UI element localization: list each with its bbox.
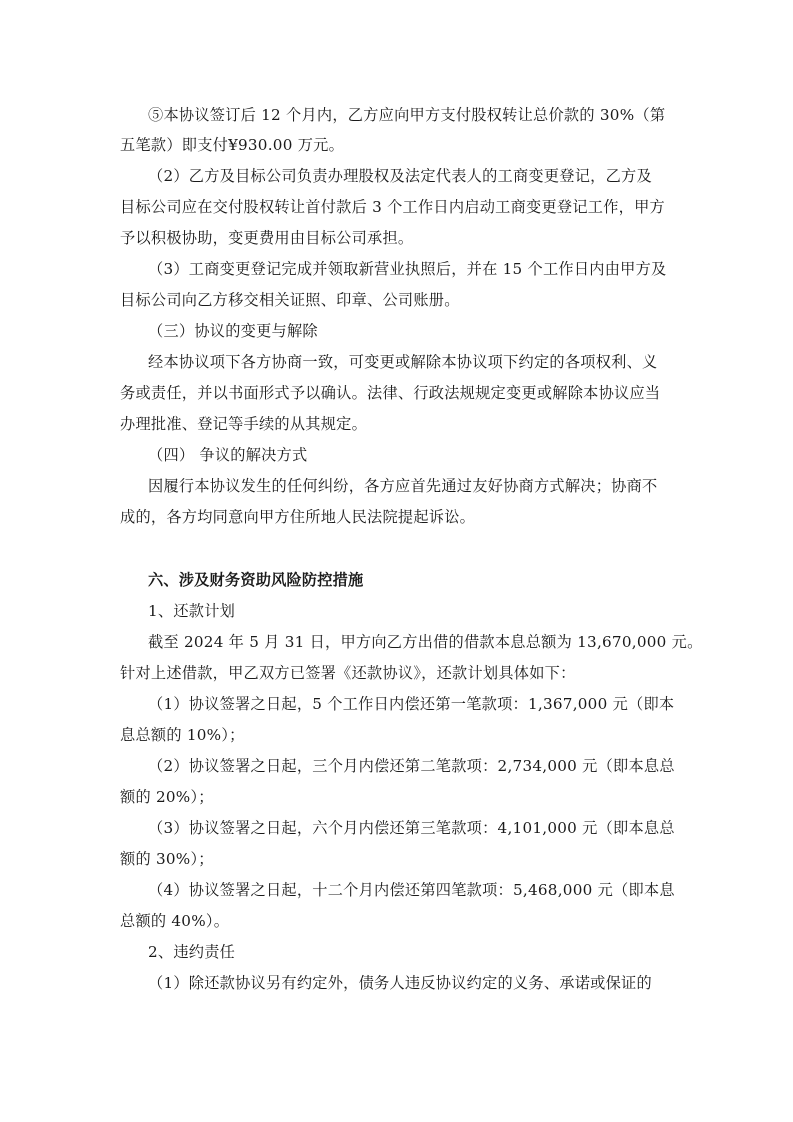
paragraph-clause-2-cont-2: 予以积极协助，变更费用由目标公司承担。 — [120, 228, 413, 248]
paragraph-clause-2-cont-1: 目标公司应在交付股权转让首付款后 3 个工作日内启动工商变更登记工作，甲方 — [120, 197, 665, 217]
section-heading-risk-control: 六、涉及财务资助风险防控措施 — [148, 570, 363, 590]
paragraph-clause-3-cont: 目标公司向乙方移交相关证照、印章、公司账册。 — [120, 290, 460, 310]
paragraph-item5-payment: ⑤本协议签订后 12 个月内，乙方应向甲方支付股权转让总价款的 30%（第 — [148, 105, 665, 125]
repayment-item-2: （2）协议签署之日起，三个月内偿还第二笔款项：2,734,000 元（即本息总 — [148, 756, 675, 776]
subheading-amendment-termination: （三）协议的变更与解除 — [148, 321, 318, 341]
document-page: ⑤本协议签订后 12 个月内，乙方应向甲方支付股权转让总价款的 30%（第 五笔… — [0, 0, 793, 1122]
paragraph-default-clause-1: （1）除还款协议另有约定外，债务人违反协议约定的义务、承诺或保证的 — [148, 973, 652, 993]
paragraph-amendment-cont-1: 务或责任，并以书面形式予以确认。法律、行政法规规定变更或解除本协议应当 — [120, 383, 660, 403]
repayment-item-1: （1）协议签署之日起，5 个工作日内偿还第一笔款项：1,367,000 元（即本 — [148, 694, 674, 714]
paragraph-clause-2: （2）乙方及目标公司负责办理股权及法定代表人的工商变更登记，乙方及 — [148, 166, 652, 186]
paragraph-loan-total-cont: 针对上述借款，甲乙双方已签署《还款协议》，还款计划具体如下： — [120, 663, 576, 683]
repayment-item-3: （3）协议签署之日起，六个月内偿还第三笔款项：4,101,000 元（即本息总 — [148, 818, 675, 838]
subheading-default-liability: 2、违约责任 — [148, 942, 235, 962]
paragraph-dispute: 因履行本协议发生的任何纠纷，各方应首先通过友好协商方式解决；协商不 — [148, 476, 657, 496]
subheading-dispute-resolution: （四） 争议的解决方式 — [148, 445, 307, 465]
repayment-item-4: （4）协议签署之日起，十二个月内偿还第四笔款项：5,468,000 元（即本息 — [148, 880, 675, 900]
subheading-repayment-plan: 1、还款计划 — [148, 601, 235, 621]
paragraph-clause-3: （3）工商变更登记完成并领取新营业执照后，并在 15 个工作日内由甲方及 — [148, 259, 666, 279]
repayment-item-2-cont: 额的 20%）； — [120, 787, 214, 807]
repayment-item-1-cont: 息总额的 10%）； — [120, 725, 245, 745]
paragraph-loan-total: 截至 2024 年 5 月 31 日，甲方向乙方出借的借款本息总额为 13,67… — [148, 632, 703, 652]
repayment-item-3-cont: 额的 30%）； — [120, 849, 214, 869]
paragraph-dispute-cont: 成的，各方均同意向甲方住所地人民法院提起诉讼。 — [120, 507, 475, 527]
repayment-item-4-cont: 总额的 40%）。 — [120, 911, 229, 931]
paragraph-amendment: 经本协议项下各方协商一致，可变更或解除本协议项下约定的各项权利、义 — [148, 352, 657, 372]
paragraph-item5-payment-cont: 五笔款）即支付¥930.00 万元。 — [120, 135, 344, 155]
paragraph-amendment-cont-2: 办理批准、登记等手续的从其规定。 — [120, 414, 367, 434]
